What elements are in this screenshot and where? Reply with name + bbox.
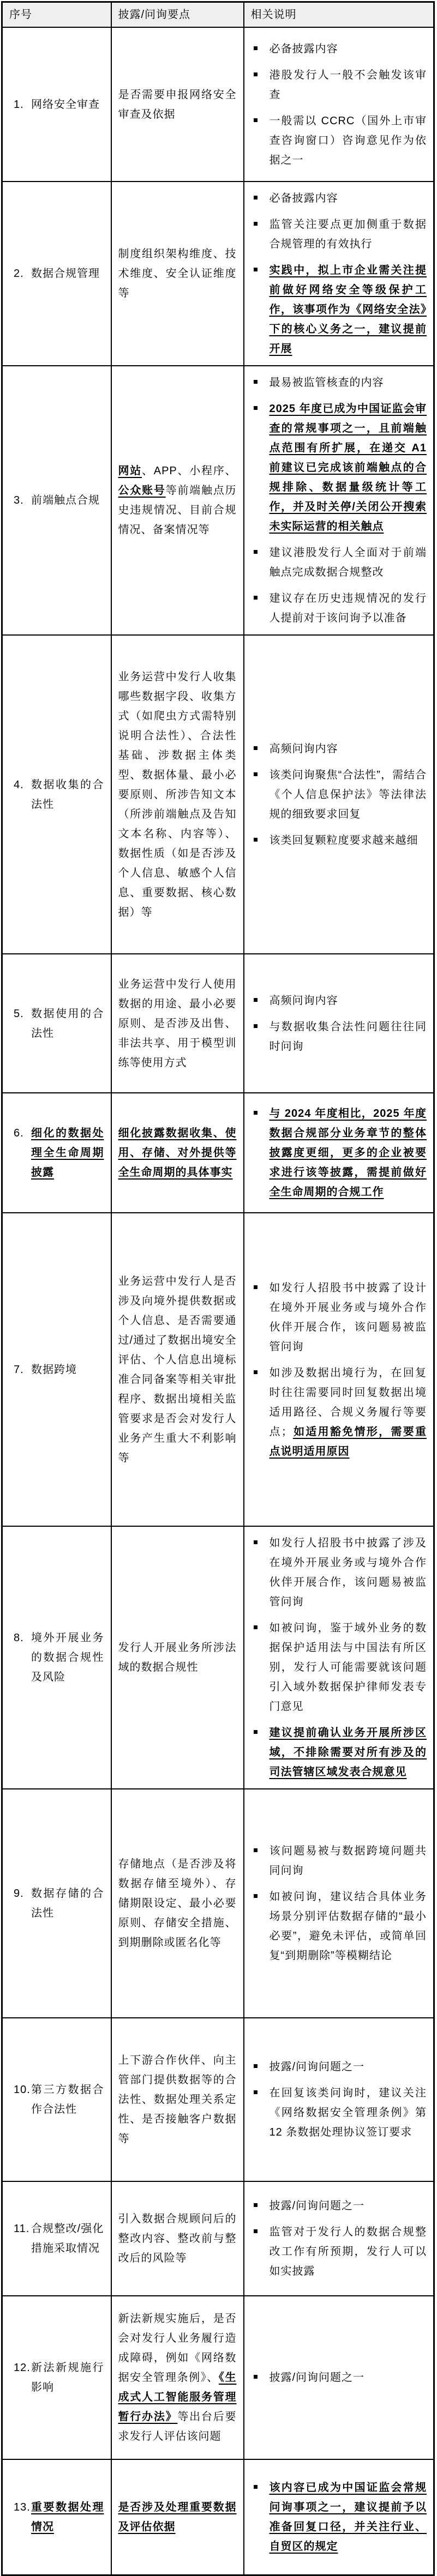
table-row: 11.合规整改/强化措施采取情况引入数据合规顾问后的整改内容、整改前与整改后的风… (2, 2181, 434, 2296)
bullet-icon (244, 2222, 270, 2281)
cell-index-category: 6.细化的数据处理全生命周期披露 (2, 1093, 111, 1213)
table-row: 4.数据收集的合法性业务运营中发行人收集哪些数据字段、收集方式（如爬虫方式需特别… (2, 635, 434, 954)
text-segment: 合规整改/强化措施采取情况 (31, 2223, 104, 2254)
text-segment: 网络安全审查 (31, 99, 100, 111)
note-item: 如被问询，鉴于域外业务的数据保护适用法与中国法有所区别，发行人可能需要就该问题引… (244, 1618, 429, 1716)
cell-disclosure-points: 制度组织架构维度、技术维度、安全认证维度等 (111, 182, 244, 366)
note-item: 与数据收集合法性问题往往同时问询 (244, 1017, 429, 1056)
bullet-icon (244, 991, 270, 1011)
text-segment: 业务运营中发行人收集哪些数据字段、收集方式（如爬虫方式需特别说明合法性）、合法性… (118, 671, 237, 918)
row-number: 13. (3, 2498, 31, 2537)
note-item: 监管对于发行人的数据合规整改工作有所预期，发行人可以如实披露 (244, 2222, 429, 2281)
note-item: 与 2024 年度相比，2025 年度数据合规部分业务章节的整体披露度更细，更多… (244, 1104, 429, 1202)
note-item: 必备披露内容 (244, 189, 429, 208)
cell-index-category: 4.数据收集的合法性 (2, 635, 111, 954)
header-cell-points: 披露/问询要点 (111, 2, 244, 28)
emphasized-text: 建议提前确认业务开展所涉区域，不排除需要对所有涉及的司法管辖区域发表合规意见 (270, 1727, 427, 1778)
note-text: 监管关注要点更加侧重于数据合规管理的有效执行 (270, 215, 429, 254)
note-item: 如发行人招股书中披露了设计在境外开展业务或与境外合作伙伴开展合作，该问题易被监管… (244, 1278, 429, 1357)
bullet-icon (244, 2083, 270, 2142)
row-number: 7. (3, 1360, 31, 1380)
note-item: 高频问询内容 (244, 739, 429, 759)
note-item: 2025 年度已成为中国证监会审查的常规事项之一，且前端触点范围有所扩展，在递交… (244, 399, 429, 536)
text-segment: 披露/问询问题之一 (270, 2061, 365, 2073)
note-text: 与数据收集合法性问题往往同时问询 (270, 1017, 429, 1056)
bullet-icon (244, 543, 270, 582)
table-row: 12.新法新规施行影响新法新规实施后，是否会对发行人业务履行造成障碍，例如《网络… (2, 2296, 434, 2459)
bullet-icon (244, 215, 270, 254)
bullet-icon (244, 1887, 270, 1966)
emphasized-text: 公众账号 (118, 485, 166, 497)
row-number: 11. (3, 2219, 31, 2258)
note-item: 港股发行人一般不会触发该审查 (244, 65, 429, 105)
bullet-icon (244, 1618, 270, 1716)
note-text: 监管对于发行人的数据合规整改工作有所预期，发行人可以如实披露 (270, 2222, 429, 2281)
cell-disclosure-points: 是否需要申报网络安全审查及依据 (111, 27, 244, 182)
bullet-icon (244, 261, 270, 359)
text-segment: 高频问询内容 (270, 743, 338, 755)
bullet-icon (244, 739, 270, 759)
cell-related-notes: 该问题易被与数据跨境问题共同问询如被问询，建议结合具体业务场景分别评估数据存储的… (244, 1789, 434, 2018)
text-segment: 高频问询内容 (270, 995, 338, 1007)
emphasized-text: 网站 (118, 465, 142, 477)
note-item: 高频问询内容 (244, 991, 429, 1011)
note-item: 实践中，拟上市企业需关注提前做好网络安全等级保护工作，该事项作为《网络安全法》下… (244, 261, 429, 359)
category-label: 重要数据处理情况 (31, 2498, 104, 2537)
bullet-icon (244, 1841, 270, 1880)
emphasized-text: 重要数据处理情况 (31, 2501, 104, 2533)
bullet-icon (244, 589, 270, 628)
bullet-icon (244, 1363, 270, 1461)
text-segment: 如被问询，建议结合具体业务场景分别评估数据存储的“最小必要”，避免未评估，或简单… (270, 1891, 427, 1962)
table-row: 2.数据合规管理制度组织架构维度、技术维度、安全认证维度等必备披露内容监管关注要… (2, 182, 434, 366)
note-text: 最易被监管核查的内容 (270, 373, 429, 392)
note-item: 披露/问询问题之一 (244, 2057, 429, 2077)
text-segment: 建议港股发行人全面对于前端触点完成数据合规整改 (270, 547, 427, 578)
note-text: 建议存在历史违规情况的发行人提前对于该问询予以准备 (270, 589, 429, 628)
text-segment: 披露/问询问题之一 (270, 2372, 365, 2384)
compliance-disclosure-table: 序号 披露/问询要点 相关说明 1.网络安全审查是否需要申报网络安全审查及依据必… (1, 1, 435, 2576)
bullet-icon (244, 2196, 270, 2216)
row-number: 12. (3, 2358, 31, 2397)
note-item: 该问题易被与数据跨境问题共同问询 (244, 1841, 429, 1880)
row-number: 5. (3, 1004, 31, 1043)
cell-related-notes: 如发行人招股书中披露了设计在境外开展业务或与境外合作伙伴开展合作，该问题易被监管… (244, 1213, 434, 1526)
text-segment: 一般需以 CCRC（国外上市审查咨询窗口）咨询意见作为依据之一 (270, 115, 427, 166)
table-body: 1.网络安全审查是否需要申报网络安全审查及依据必备披露内容港股发行人一般不会触发… (2, 27, 434, 2575)
row-number: 8. (3, 1628, 31, 1687)
text-segment: 数据存储的合法性 (31, 1888, 104, 1919)
note-item: 披露/问询问题之一 (244, 2368, 429, 2387)
note-item: 建议提前确认业务开展所涉区域，不排除需要对所有涉及的司法管辖区域发表合规意见 (244, 1723, 429, 1782)
bullet-icon (244, 831, 270, 850)
bullet-icon (244, 111, 270, 170)
bullet-icon (244, 765, 270, 824)
bullet-icon (244, 1533, 270, 1612)
text-segment: 该问题易被与数据跨境问题共同问询 (270, 1845, 427, 1877)
note-text: 如涉及数据出境行为，在回复时往往需要同时回复数据出境适用路径、合规义务履行等要点… (270, 1363, 429, 1461)
header-cell-index: 序号 (2, 2, 111, 28)
note-text: 2025 年度已成为中国证监会审查的常规事项之一，且前端触点范围有所扩展，在递交… (270, 399, 429, 536)
category-label: 合规整改/强化措施采取情况 (31, 2219, 104, 2258)
cell-index-category: 8.境外开展业务的数据合规性及风险 (2, 1526, 111, 1789)
note-text: 实践中，拟上市企业需关注提前做好网络安全等级保护工作，该事项作为《网络安全法》下… (270, 261, 429, 359)
text-segment: 该类回复颗粒度要求越来越细 (270, 835, 418, 846)
bullet-icon (244, 1017, 270, 1056)
note-text: 该类问询聚焦“合法性”，需结合《个人信息保护法》等法律法规的细致要求回复 (270, 765, 429, 824)
note-item: 如发行人招股书中披露了涉及在境外开展业务或与境外合作伙伴开展合作，该问题易被监管… (244, 1533, 429, 1612)
note-text: 披露/问询问题之一 (270, 2368, 429, 2387)
note-item: 监管关注要点更加侧重于数据合规管理的有效执行 (244, 215, 429, 254)
emphasized-text: 细化的数据处理全生命周期披露 (31, 1127, 104, 1178)
cell-related-notes: 高频问询内容与数据收集合法性问题往往同时问询 (244, 954, 434, 1093)
text-segment: 存储地点（是否涉及将数据存储至境外）、存储期限设定、最小必要原则、存储安全措施、… (118, 1858, 237, 1949)
row-number: 6. (3, 1123, 31, 1182)
bullet-icon (244, 2057, 270, 2077)
row-number: 3. (3, 491, 31, 510)
cell-related-notes: 披露/问询问题之一在回复该类问询时，建议关注《网络数据安全管理条例》第 12 条… (244, 2018, 434, 2181)
note-item: 一般需以 CCRC（国外上市审查咨询窗口）咨询意见作为依据之一 (244, 111, 429, 170)
text-segment: 新法新规施行影响 (31, 2362, 104, 2393)
text-segment: 必备披露内容 (270, 192, 338, 204)
document-page: 序号 披露/问询要点 相关说明 1.网络安全审查是否需要申报网络安全审查及依据必… (0, 1, 437, 2576)
category-label: 前端触点合规 (31, 491, 104, 510)
text-segment: 该类问询聚焦“合法性”，需结合《个人信息保护法》等法律法规的细致要求回复 (270, 769, 427, 820)
note-item: 如涉及数据出境行为，在回复时往往需要同时回复数据出境适用路径、合规义务履行等要点… (244, 1363, 429, 1461)
category-label: 数据合规管理 (31, 264, 104, 283)
category-label: 网络安全审查 (31, 95, 104, 114)
note-text: 必备披露内容 (270, 189, 429, 208)
bullet-icon (244, 399, 270, 536)
note-text: 高频问询内容 (270, 739, 429, 759)
note-text: 建议港股发行人全面对于前端触点完成数据合规整改 (270, 543, 429, 582)
category-label: 境外开展业务的数据合规性及风险 (31, 1628, 104, 1687)
bullet-icon (244, 2368, 270, 2387)
text-segment: 业务运营中发行人是否涉及向境外提供数据或个人信息、是否需要通过/通过了数据出境安… (118, 1275, 237, 1464)
emphasized-text: 实践中，拟上市企业需关注提前做好网络安全等级保护工作，该事项作为《网络安全法》下… (270, 264, 427, 355)
cell-index-category: 12.新法新规施行影响 (2, 2296, 111, 2459)
cell-disclosure-points: 上下游合作伙伴、向主管部门提供数据等的合法性、数据处理关系定性、是否接触客户数据… (111, 2018, 244, 2181)
note-text: 高频问询内容 (270, 991, 429, 1011)
category-label: 细化的数据处理全生命周期披露 (31, 1123, 104, 1182)
cell-index-category: 5.数据使用的合法性 (2, 954, 111, 1093)
table-row: 6.细化的数据处理全生命周期披露细化披露数据收集、使用、存储、对外提供等全生命周… (2, 1093, 434, 1213)
note-item: 该类问询聚焦“合法性”，需结合《个人信息保护法》等法律法规的细致要求回复 (244, 765, 429, 824)
cell-disclosure-points: 存储地点（是否涉及将数据存储至境外）、存储期限设定、最小必要原则、存储安全措施、… (111, 1789, 244, 2018)
category-label: 数据存储的合法性 (31, 1884, 104, 1923)
note-item: 该内容已成为中国证监会常规问询事项之一，建议提前予以准备回复口径，并关注行业、自… (244, 2478, 429, 2556)
cell-index-category: 9.数据存储的合法性 (2, 1789, 111, 2018)
bullet-icon (244, 2478, 270, 2556)
text-segment: 建议存在历史违规情况的发行人提前对于该问询予以准备 (270, 592, 427, 624)
text-segment: 监管对于发行人的数据合规整改工作有所预期，发行人可以如实披露 (270, 2226, 427, 2277)
note-text: 该问题易被与数据跨境问题共同问询 (270, 1841, 429, 1880)
text-segment: 是否需要申报网络安全审查及依据 (118, 89, 237, 120)
text-segment: 如被问询，鉴于域外业务的数据保护适用法与中国法有所区别，发行人可能需要就该问题引… (270, 1622, 427, 1713)
cell-index-category: 2.数据合规管理 (2, 182, 111, 366)
cell-related-notes: 必备披露内容港股发行人一般不会触发该审查一般需以 CCRC（国外上市审查咨询窗口… (244, 27, 434, 182)
note-text: 一般需以 CCRC（国外上市审查咨询窗口）咨询意见作为依据之一 (270, 111, 429, 170)
table-row: 10.第三方数据合作合法性上下游合作伙伴、向主管部门提供数据等的合法性、数据处理… (2, 2018, 434, 2181)
text-segment: 必备披露内容 (270, 43, 338, 55)
table-row: 5.数据使用的合法性业务运营中发行人使用数据的用途、最小必要原则、是否涉及出售、… (2, 954, 434, 1093)
text-segment: 与数据收集合法性问题往往同时问询 (270, 1021, 427, 1053)
text-segment: 上下游合作伙伴、向主管部门提供数据等的合法性、数据处理关系定性、是否接触客户数据… (118, 2054, 237, 2145)
cell-index-category: 11.合规整改/强化措施采取情况 (2, 2181, 111, 2296)
cell-related-notes: 披露/问询问题之一监管对于发行人的数据合规整改工作有所预期，发行人可以如实披露 (244, 2181, 434, 2296)
cell-disclosure-points: 引入数据合规顾问后的整改内容、整改前与整改后的风险等 (111, 2181, 244, 2296)
bullet-icon (244, 65, 270, 105)
text-segment: 如发行人招股书中披露了设计在境外开展业务或与境外合作伙伴开展合作，该问题易被监管… (270, 1282, 427, 1353)
emphasized-text: 该内容已成为中国证监会常规问询事项之一，建议提前予以准备回复口径，并关注行业、自… (270, 2482, 427, 2553)
note-item: 最易被监管核查的内容 (244, 373, 429, 392)
category-label: 第三方数据合作合法性 (31, 2080, 104, 2119)
note-text: 建议提前确认业务开展所涉区域，不排除需要对所有涉及的司法管辖区域发表合规意见 (270, 1723, 429, 1782)
text-segment: 数据合规管理 (31, 268, 100, 280)
cell-disclosure-points: 网站、APP、小程序、公众账号等前端触点历史违规情况、目前合规情况、备案情况等 (111, 366, 244, 635)
note-text: 在回复该类问询时，建议关注《网络数据安全管理条例》第 12 条数据处理协议签订要… (270, 2083, 429, 2142)
text-segment: 数据收集的合法性 (31, 779, 104, 811)
cell-index-category: 1.网络安全审查 (2, 27, 111, 182)
text-segment: 在回复该类问询时，建议关注《网络数据安全管理条例》第 12 条数据处理协议签订要… (270, 2087, 427, 2138)
cell-related-notes: 披露/问询问题之一 (244, 2296, 434, 2459)
row-number: 9. (3, 1884, 31, 1923)
cell-disclosure-points: 细化披露数据收集、使用、存储、对外提供等全生命周期的具体事实 (111, 1093, 244, 1213)
emphasized-text: 2025 年度已成为中国证监会审查的常规事项之一，且前端触点范围有所扩展，在递交… (270, 403, 427, 533)
row-number: 2. (3, 264, 31, 283)
text-segment: 发行人开展业务所涉法域的数据合规性 (118, 1642, 237, 1673)
text-segment: 业务运营中发行人使用数据的用途、最小必要原则、是否涉及出售、非法共享、用于模型训… (118, 978, 237, 1069)
note-text: 港股发行人一般不会触发该审查 (270, 65, 429, 105)
cell-related-notes: 该内容已成为中国证监会常规问询事项之一，建议提前予以准备回复口径，并关注行业、自… (244, 2459, 434, 2575)
bullet-icon (244, 189, 270, 208)
text-segment: 监管关注要点更加侧重于数据合规管理的有效执行 (270, 219, 427, 250)
category-label: 新法新规施行影响 (31, 2358, 104, 2397)
table-row: 9.数据存储的合法性存储地点（是否涉及将数据存储至境外）、存储期限设定、最小必要… (2, 1789, 434, 2018)
emphasized-text: 细化披露数据收集、使用、存储、对外提供等全生命周期的具体事实 (118, 1127, 237, 1178)
text-segment: 披露/问询问题之一 (270, 2200, 365, 2212)
text-segment: 前端触点合规 (31, 494, 100, 506)
note-item: 必备披露内容 (244, 39, 429, 59)
note-item: 披露/问询问题之一 (244, 2196, 429, 2216)
note-item: 在回复该类问询时，建议关注《网络数据安全管理条例》第 12 条数据处理协议签订要… (244, 2083, 429, 2142)
emphasized-text: 是否涉及处理重要数据及评估依据 (118, 2501, 237, 2533)
table-row: 3.前端触点合规网站、APP、小程序、公众账号等前端触点历史违规情况、目前合规情… (2, 366, 434, 635)
note-item: 建议存在历史违规情况的发行人提前对于该问询予以准备 (244, 589, 429, 628)
text-segment: 数据跨境 (31, 1364, 77, 1376)
table-row: 1.网络安全审查是否需要申报网络安全审查及依据必备披露内容港股发行人一般不会触发… (2, 27, 434, 182)
text-segment: 制度组织架构维度、技术维度、安全认证维度等 (118, 248, 237, 299)
note-item: 如被问询，建议结合具体业务场景分别评估数据存储的“最小必要”，避免未评估，或简单… (244, 1887, 429, 1966)
note-text: 如被问询，鉴于域外业务的数据保护适用法与中国法有所区别，发行人可能需要就该问题引… (270, 1618, 429, 1716)
table-row: 7.数据跨境业务运营中发行人是否涉及向境外提供数据或个人信息、是否需要通过/通过… (2, 1213, 434, 1526)
text-segment: 引入数据合规顾问后的整改内容、整改前与整改后的风险等 (118, 2213, 237, 2264)
text-segment: 境外开展业务的数据合规性及风险 (31, 1632, 104, 1683)
note-text: 该类回复颗粒度要求越来越细 (270, 831, 429, 850)
bullet-icon (244, 373, 270, 392)
note-text: 如发行人招股书中披露了涉及在境外开展业务或与境外合作伙伴开展合作，该问题易被监管… (270, 1533, 429, 1612)
cell-related-notes: 高频问询内容该类问询聚焦“合法性”，需结合《个人信息保护法》等法律法规的细致要求… (244, 635, 434, 954)
category-label: 数据使用的合法性 (31, 1004, 104, 1043)
cell-disclosure-points: 发行人开展业务所涉法域的数据合规性 (111, 1526, 244, 1789)
cell-related-notes: 如发行人招股书中披露了涉及在境外开展业务或与境外合作伙伴开展合作，该问题易被监管… (244, 1526, 434, 1789)
table-row: 13.重要数据处理情况是否涉及处理重要数据及评估依据该内容已成为中国证监会常规问… (2, 2459, 434, 2575)
header-row: 序号 披露/问询要点 相关说明 (2, 2, 434, 28)
emphasized-text: 如适用豁免情形，需要重点说明适用原因 (270, 1426, 427, 1458)
note-item: 建议港股发行人全面对于前端触点完成数据合规整改 (244, 543, 429, 582)
note-text: 必备披露内容 (270, 39, 429, 59)
note-item: 该类回复颗粒度要求越来越细 (244, 831, 429, 850)
bullet-icon (244, 1104, 270, 1202)
text-segment: 港股发行人一般不会触发该审查 (270, 69, 427, 101)
note-text: 与 2024 年度相比，2025 年度数据合规部分业务章节的整体披露度更细，更多… (270, 1104, 429, 1202)
note-text: 该内容已成为中国证监会常规问询事项之一，建议提前予以准备回复口径，并关注行业、自… (270, 2478, 429, 2556)
text-segment: 、APP、小程序、 (142, 465, 237, 477)
note-text: 披露/问询问题之一 (270, 2196, 429, 2216)
text-segment: 如发行人招股书中披露了涉及在境外开展业务或与境外合作伙伴开展合作，该问题易被监管… (270, 1537, 427, 1608)
header-cell-notes: 相关说明 (244, 2, 434, 28)
cell-index-category: 7.数据跨境 (2, 1213, 111, 1526)
cell-related-notes: 必备披露内容监管关注要点更加侧重于数据合规管理的有效执行实践中，拟上市企业需关注… (244, 182, 434, 366)
bullet-icon (244, 1723, 270, 1782)
row-number: 1. (3, 95, 31, 114)
text-segment: 最易被监管核查的内容 (270, 377, 384, 389)
bullet-icon (244, 1278, 270, 1357)
bullet-icon (244, 39, 270, 59)
cell-disclosure-points: 业务运营中发行人使用数据的用途、最小必要原则、是否涉及出售、非法共享、用于模型训… (111, 954, 244, 1093)
cell-related-notes: 最易被监管核查的内容2025 年度已成为中国证监会审查的常规事项之一，且前端触点… (244, 366, 434, 635)
text-segment: 第三方数据合作合法性 (31, 2084, 104, 2115)
note-text: 如发行人招股书中披露了设计在境外开展业务或与境外合作伙伴开展合作，该问题易被监管… (270, 1278, 429, 1357)
text-segment: 数据使用的合法性 (31, 1008, 104, 1039)
cell-disclosure-points: 业务运营中发行人是否涉及向境外提供数据或个人信息、是否需要通过/通过了数据出境安… (111, 1213, 244, 1526)
cell-index-category: 3.前端触点合规 (2, 366, 111, 635)
emphasized-text: 与 2024 年度相比，2025 年度数据合规部分业务章节的整体披露度更细，更多… (270, 1108, 427, 1198)
cell-related-notes: 与 2024 年度相比，2025 年度数据合规部分业务章节的整体披露度更细，更多… (244, 1093, 434, 1213)
note-text: 如被问询，建议结合具体业务场景分别评估数据存储的“最小必要”，避免未评估，或简单… (270, 1887, 429, 1966)
row-number: 4. (3, 775, 31, 814)
cell-disclosure-points: 新法新规实施后，是否会对发行人业务履行造成障碍，例如《网络数据安全管理条例》、《… (111, 2296, 244, 2459)
cell-disclosure-points: 业务运营中发行人收集哪些数据字段、收集方式（如爬虫方式需特别说明合法性）、合法性… (111, 635, 244, 954)
category-label: 数据收集的合法性 (31, 775, 104, 814)
note-text: 披露/问询问题之一 (270, 2057, 429, 2077)
row-number: 10. (3, 2080, 31, 2119)
cell-index-category: 10.第三方数据合作合法性 (2, 2018, 111, 2181)
table-row: 8.境外开展业务的数据合规性及风险发行人开展业务所涉法域的数据合规性如发行人招股… (2, 1526, 434, 1789)
cell-index-category: 13.重要数据处理情况 (2, 2459, 111, 2575)
cell-disclosure-points: 是否涉及处理重要数据及评估依据 (111, 2459, 244, 2575)
category-label: 数据跨境 (31, 1360, 104, 1380)
